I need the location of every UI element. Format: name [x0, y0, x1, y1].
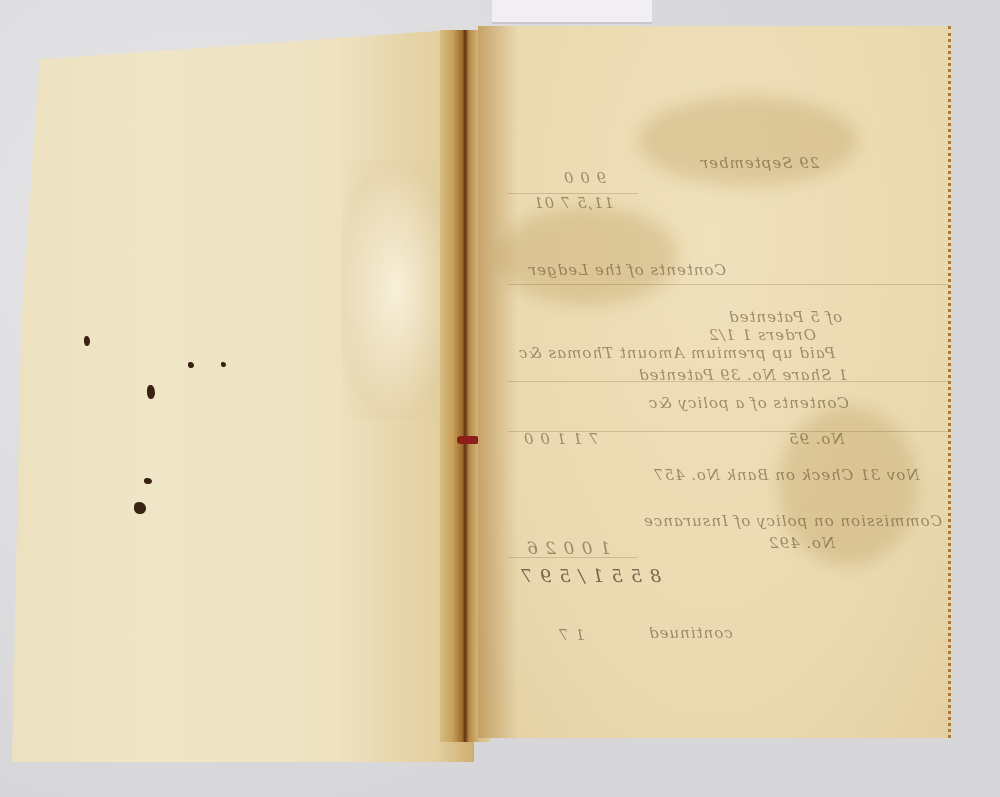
ink-spot — [221, 362, 226, 367]
ink-spot — [144, 478, 152, 484]
handwriting-line: 11,5 7 01 — [533, 194, 614, 212]
handwriting-line: Nov 31 Check on Bank No. 457 — [653, 466, 920, 484]
ink-spot — [188, 362, 194, 368]
handwriting-line: 29 September — [700, 154, 819, 172]
ink-spot — [147, 385, 155, 399]
ink-spot — [84, 336, 90, 346]
ink-spot — [134, 502, 146, 514]
handwriting-line: Commission on policy of Insurance — [643, 512, 942, 530]
handwriting-line: 1 Share No. 39 Patented — [638, 366, 848, 384]
handwriting-line: Contents of the Ledger — [528, 261, 726, 279]
handwriting-line: 8 5 5 1 / 5 9 7 — [520, 566, 661, 587]
handwriting-line: Contents of a policy &c — [648, 394, 849, 412]
left-page — [12, 30, 474, 762]
handwriting-line: 9 0 0 — [563, 169, 606, 187]
handwriting-line: 1 0 0 2 6 — [526, 539, 611, 559]
handwriting-line: of 5 Patented — [728, 308, 842, 326]
paper-tab — [492, 0, 652, 24]
handwriting-line: Orders 1 1/2 — [708, 326, 816, 344]
handwriting-line: 1 7 — [558, 626, 585, 644]
handwriting-line: Paid up premium Amount Thomas &c — [518, 344, 835, 362]
handwriting-line: continued — [648, 624, 733, 642]
red-thread — [457, 436, 479, 444]
right-page: 29 September 9 0 0 11,5 7 01 Contents of… — [478, 26, 951, 738]
handwriting-line: No. 492 — [768, 534, 835, 552]
handwriting-line: 7 1 1 0 0 — [523, 430, 599, 448]
handwriting-line: No. 95 — [788, 430, 845, 448]
